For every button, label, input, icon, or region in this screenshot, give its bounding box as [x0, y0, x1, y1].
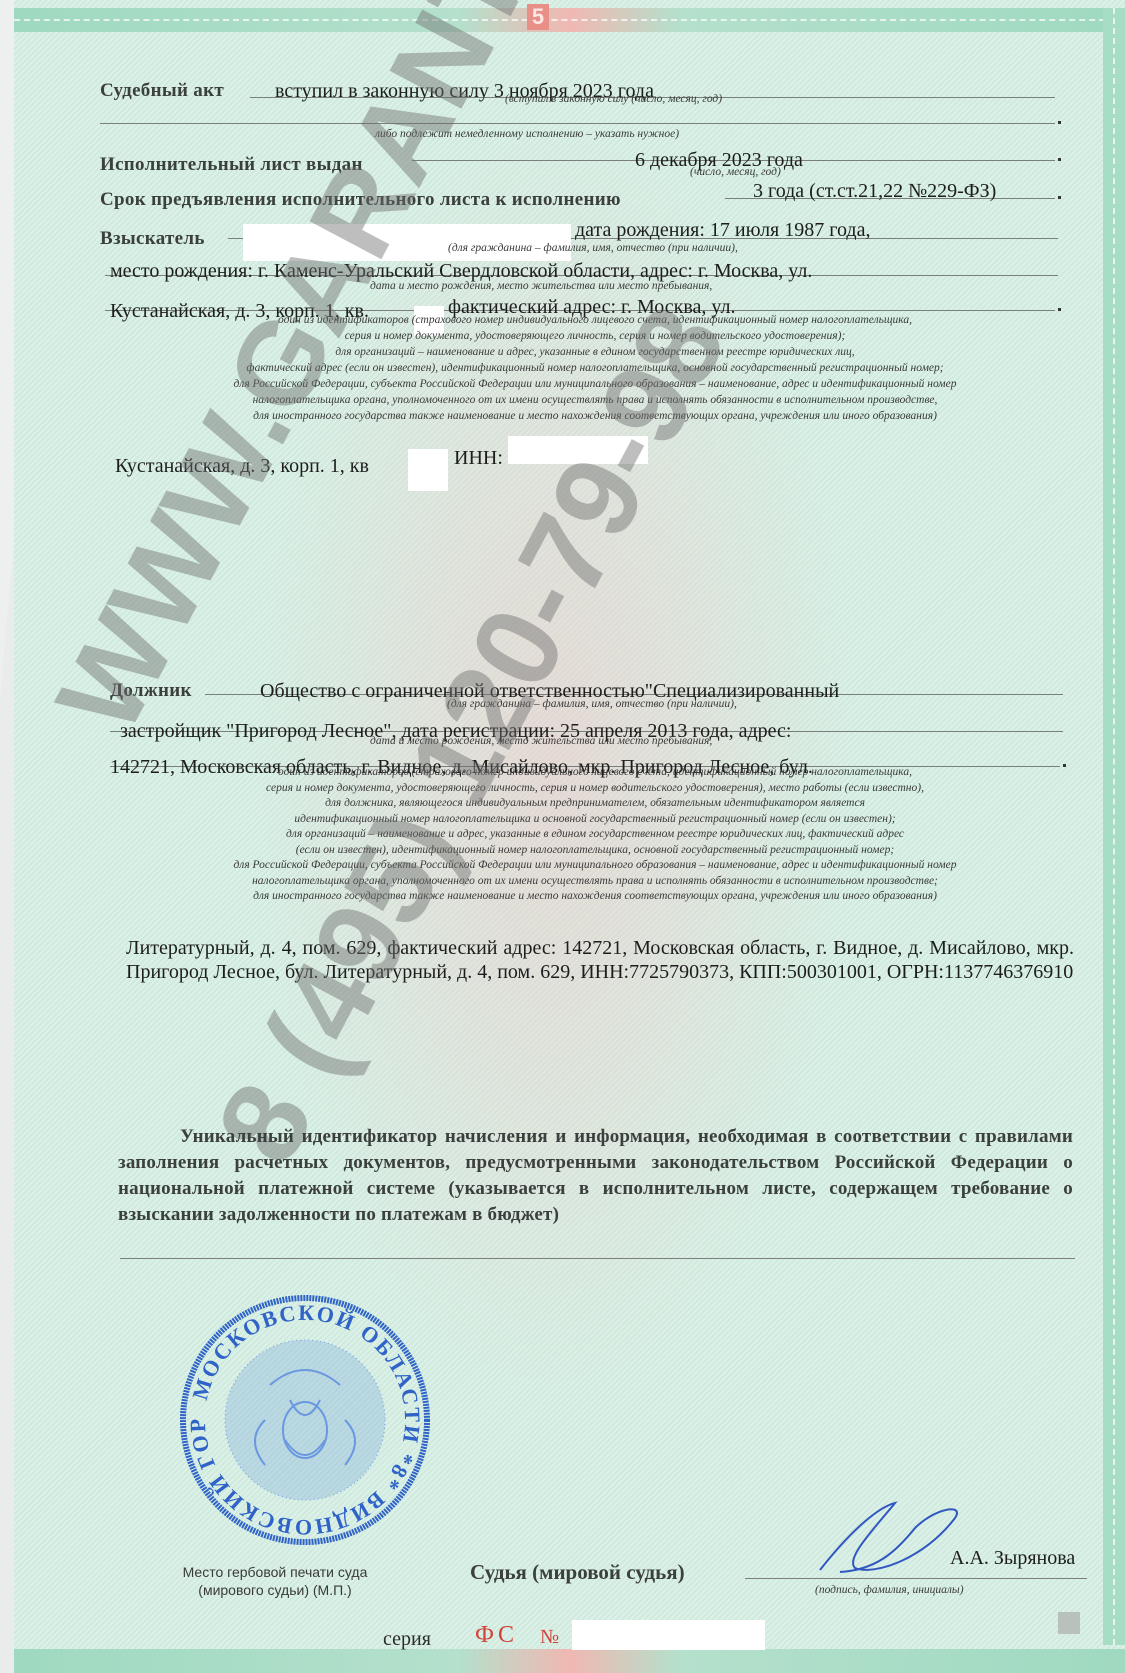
claimant-hint-line: один из идентификаторов (страхового номе… — [120, 312, 1070, 328]
signature-hint: (подпись, фамилия, инициалы) — [815, 1584, 964, 1596]
series-code: ФС — [475, 1622, 518, 1649]
debtor-hint-line: для должника, являющегося индивидуальным… — [120, 796, 1070, 812]
claimant-inn-redacted — [508, 436, 648, 464]
claimant-hint-line: серия и номер документа, удостоверяющего… — [120, 328, 1070, 344]
claimant-line-1: дата рождения: 17 июля 1987 года, — [575, 219, 870, 242]
page-number: 5 — [527, 4, 549, 30]
debtor-hint-line: для иностранного государства также наиме… — [120, 889, 1070, 905]
series-label: серия — [383, 1628, 431, 1651]
debtor-hint-line: (если он известен), идентификационный но… — [120, 843, 1070, 859]
claimant-hint-line: для организаций – наименование и адрес, … — [120, 344, 1070, 360]
debtor-line-2-hint: дата и место рождения, место жительства … — [370, 735, 712, 747]
judge-name: А.А. Зырянова — [950, 1547, 1075, 1570]
bottom-border-band — [14, 1649, 1125, 1673]
presentation-term-value: 3 года (ст.ст.21,22 №229-ФЗ) — [753, 180, 996, 203]
claimant-hint-line: налогоплательщика органа, уполномоченног… — [120, 392, 1070, 408]
claimant-hint-line: для иностранного государства также наиме… — [120, 408, 1070, 424]
presentation-term-label: Срок предъявления исполнительного листа … — [100, 189, 621, 211]
writ-issued-label: Исполнительный лист выдан — [100, 154, 363, 176]
debtor-hint-line: для организаций – наименование и адрес, … — [120, 827, 1070, 843]
claimant-line-4a: Кустанайская, д. 3, корп. 1, кв — [115, 455, 369, 478]
claimant-line-1-hint: (для гражданина – фамилия, имя, отчество… — [448, 242, 738, 254]
claimant-apt-redacted-2 — [408, 449, 448, 491]
writ-issued-hint: (число, месяц, год) — [690, 166, 781, 178]
debtor-hint-line: идентификационный номер налогоплательщик… — [120, 812, 1070, 828]
uin-rule — [120, 1258, 1075, 1259]
claimant-hint-block: один из идентификаторов (страхового номе… — [120, 312, 1070, 424]
debtor-hint-line: один из идентификаторов (страхового номе… — [120, 765, 1070, 781]
stamp-caption-line-1: Место гербовой печати суда — [160, 1563, 390, 1581]
debtor-address-continuation: Литературный, д. 4, пом. 629, фактически… — [126, 936, 1074, 984]
judge-label: Судья (мировой судья) — [470, 1560, 685, 1585]
claimant-hint-line: для Российской Федерации, субъекта Росси… — [120, 376, 1070, 392]
court-act-hint: (вступил в законную силу (число, месяц, … — [505, 93, 722, 105]
top-border-band — [14, 8, 1125, 32]
signature-icon — [815, 1498, 965, 1578]
court-act-rule-2 — [100, 123, 1055, 124]
court-seal-icon: МОСКОВСКОЙ ОБЛАСТИ *8* ВИДНОВСКИЙ ГОРОДС… — [175, 1290, 435, 1550]
claimant-hint-line: фактический адрес (если он известен), ид… — [120, 360, 1070, 376]
debtor-hint-line: серия и номер документа, удостоверяющего… — [120, 781, 1070, 797]
claimant-line-2-hint: дата и место рождения, место жительства … — [370, 280, 712, 292]
court-act-label: Судебный акт — [100, 80, 224, 102]
claimant-label: Взыскатель — [100, 228, 205, 250]
debtor-hint-line: для Российской Федерации, субъекта Росси… — [120, 858, 1070, 874]
debtor-line-1-hint: (для гражданина – фамилия, имя, отчество… — [447, 698, 737, 710]
corner-marker — [1058, 1612, 1080, 1634]
series-number-sign: № — [540, 1626, 559, 1649]
debtor-label: Должник — [110, 680, 192, 702]
stamp-caption: Место гербовой печати суда (мирового суд… — [160, 1563, 390, 1599]
series-number-redacted — [572, 1620, 765, 1650]
uin-paragraph: Уникальный идентификатор начисления и ин… — [118, 1124, 1073, 1228]
debtor-hint-line: налогоплательщика органа, уполномоченног… — [120, 874, 1070, 890]
court-act-hint-2: либо подлежит немедленному исполнению – … — [375, 128, 679, 140]
claimant-inn-label: ИНН: — [454, 447, 503, 470]
stamp-caption-line-2: (мирового судьи) (М.П.) — [160, 1581, 390, 1599]
right-border-band — [1103, 8, 1125, 1645]
debtor-hint-block: один из идентификаторов (страхового номе… — [120, 765, 1070, 905]
signature-rule — [745, 1578, 1087, 1579]
